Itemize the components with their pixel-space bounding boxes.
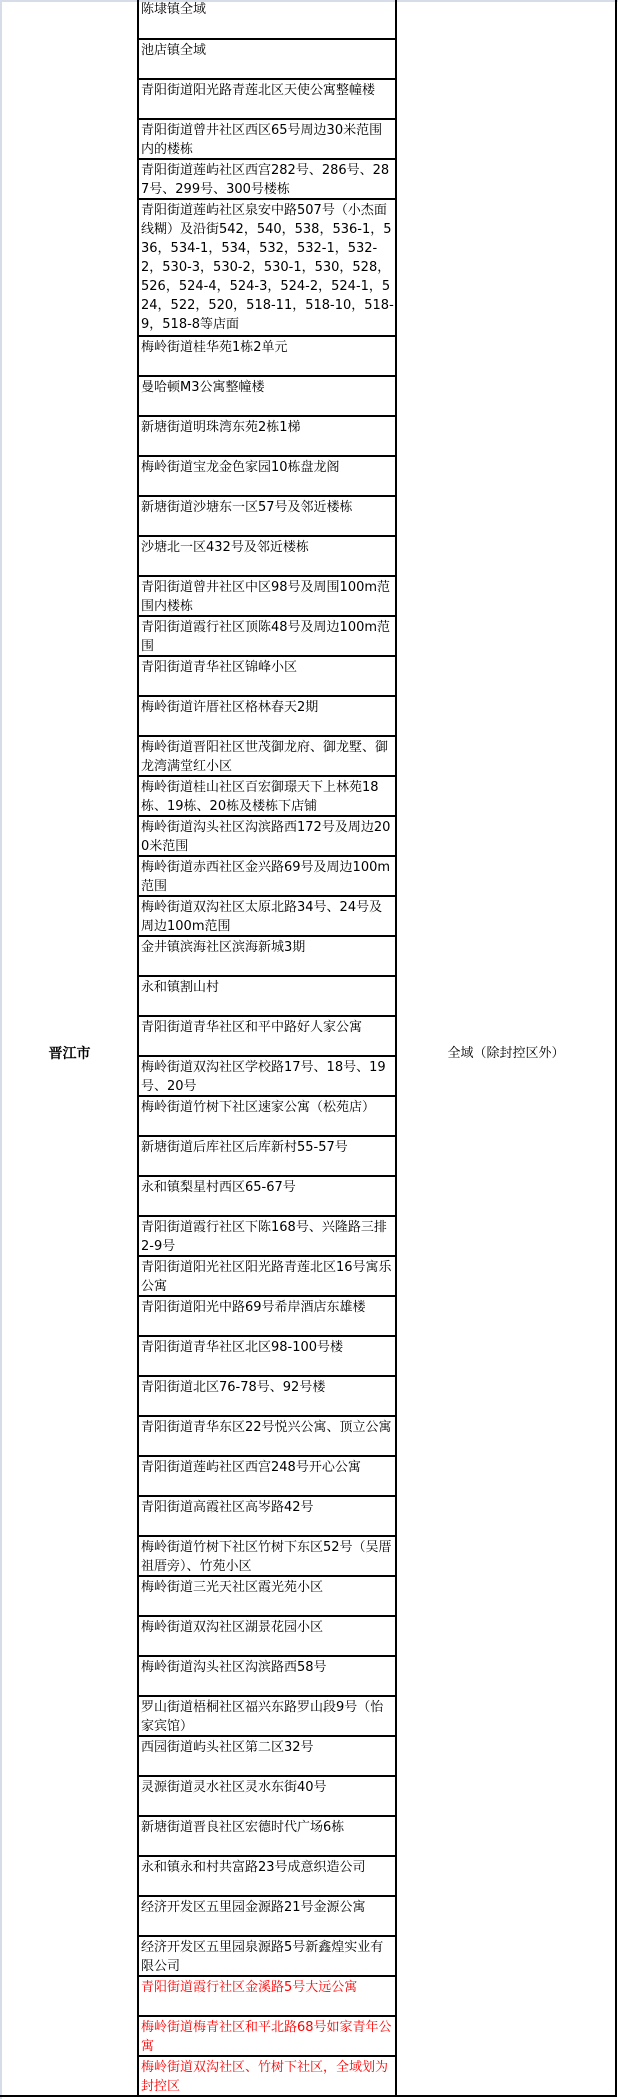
area-row: 梅岭街道双沟社区湖景花园小区	[139, 1617, 395, 1657]
area-row: 永和镇割山村	[139, 977, 395, 1017]
scope-text: 全域（除封控区外）	[397, 1045, 615, 1063]
area-row: 新塘街道明珠湾东苑2栋1梯	[139, 417, 395, 457]
area-row: 青阳街道阳光社区阳光路青莲北区16号寓乐公寓	[139, 1257, 395, 1297]
area-row: 青阳街道青华社区和平中路好人家公寓	[139, 1017, 395, 1057]
area-row: 青阳街道霞行社区下陈168号、兴隆路三排2-9号	[139, 1217, 395, 1257]
area-row: 青阳街道阳光路青莲北区天使公寓整幢楼	[139, 80, 395, 120]
area-row: 梅岭街道竹树下社区速家公寓（松苑店）	[139, 1097, 395, 1137]
area-row: 永和镇永和村共富路23号成意织造公司	[139, 1857, 395, 1897]
area-row: 梅岭街道桂华苑1栋2单元	[139, 337, 395, 377]
area-row: 梅岭街道赤西社区金兴路69号及周边100m范围	[139, 857, 395, 897]
area-row: 青阳街道曾井社区中区98号及周围100m范围内楼栋	[139, 577, 395, 617]
area-row: 池店镇全域	[139, 40, 395, 80]
area-row: 青阳街道青华社区北区98-100号楼	[139, 1337, 395, 1377]
area-row: 青阳街道高霞社区高岑路42号	[139, 1497, 395, 1537]
area-row-highlighted: 青阳街道霞行社区金溪路5号大远公寓	[139, 1977, 395, 2017]
scope-cell: 全域（除封控区外）	[397, 0, 615, 2095]
area-row: 新塘街道沙塘东一区57号及邻近楼栋	[139, 497, 395, 537]
area-row: 新塘街道晋良社区宏德时代广场6栋	[139, 1817, 395, 1857]
area-row: 经济开发区五里园金源路21号金源公寓	[139, 1897, 395, 1937]
city-name: 晋江市	[2, 1045, 137, 1063]
area-row: 梅岭街道桂山社区百宏御璟天下上林苑18栋、19栋、20栋及楼栋下店铺	[139, 777, 395, 817]
area-row: 罗山街道梧桐社区福兴东路罗山段9号（怡家宾馆）	[139, 1697, 395, 1737]
area-row: 青阳街道青华社区锦峰小区	[139, 657, 395, 697]
area-row: 永和镇梨星村西区65-67号	[139, 1177, 395, 1217]
area-row-highlighted: 梅岭街道梅青社区和平北路68号如家青年公寓	[139, 2017, 395, 2057]
city-cell: 晋江市	[2, 0, 137, 2095]
area-row: 陈埭镇全域	[139, 0, 395, 40]
area-row: 青阳街道北区76-78号、92号楼	[139, 1377, 395, 1417]
area-row: 梅岭街道宝龙金色家园10栋盘龙阁	[139, 457, 395, 497]
area-row: 沙塘北一区432号及邻近楼栋	[139, 537, 395, 577]
area-row: 经济开发区五里园泉源路5号新鑫煌实业有限公司	[139, 1937, 395, 1977]
area-row: 青阳街道霞行社区顶陈48号及周边100m范围	[139, 617, 395, 657]
area-row: 灵源街道灵水社区灵水东街40号	[139, 1777, 395, 1817]
control-area-table: 晋江市 陈埭镇全域池店镇全域青阳街道阳光路青莲北区天使公寓整幢楼青阳街道曾井社区…	[0, 0, 617, 2097]
area-row: 梅岭街道三光天社区霞光苑小区	[139, 1577, 395, 1617]
area-row: 曼哈顿M3公寓整幢楼	[139, 377, 395, 417]
area-row: 梅岭街道许厝社区格林春天2期	[139, 697, 395, 737]
area-row: 青阳街道曾井社区西区65号周边30米范围内的楼栋	[139, 120, 395, 160]
area-row: 西园街道屿头社区第二区32号	[139, 1737, 395, 1777]
area-list-column: 陈埭镇全域池店镇全域青阳街道阳光路青莲北区天使公寓整幢楼青阳街道曾井社区西区65…	[137, 0, 397, 2095]
area-row: 梅岭街道沟头社区沟滨路西172号及周边200米范围	[139, 817, 395, 857]
area-row: 梅岭街道晋阳社区世茂御龙府、御龙墅、御龙湾满堂红小区	[139, 737, 395, 777]
area-row: 梅岭街道双沟社区太原北路34号、24号及周边100m范围	[139, 897, 395, 937]
area-row-highlighted: 梅岭街道双沟社区、竹树下社区，全域划为封控区	[139, 2057, 395, 2095]
area-row: 金井镇滨海社区滨海新城3期	[139, 937, 395, 977]
area-row: 青阳街道阳光中路69号希岸酒店东雄楼	[139, 1297, 395, 1337]
area-row: 梅岭街道双沟社区学校路17号、18号、19号、20号	[139, 1057, 395, 1097]
area-row: 青阳街道莲屿社区西宫282号、286号、287号、299号、300号楼栋	[139, 160, 395, 200]
area-row: 青阳街道莲屿社区泉安中路507号（小杰面线糊）及沿街542，540，538，53…	[139, 200, 395, 337]
area-row: 梅岭街道沟头社区沟滨路西58号	[139, 1657, 395, 1697]
area-row: 梅岭街道竹树下社区竹树下东区52号（吴厝祖厝旁）、竹苑小区	[139, 1537, 395, 1577]
area-row: 青阳街道青华东区22号悦兴公寓、顶立公寓	[139, 1417, 395, 1457]
area-row: 新塘街道后库社区后库新村55-57号	[139, 1137, 395, 1177]
area-row: 青阳街道莲屿社区西宫248号开心公寓	[139, 1457, 395, 1497]
